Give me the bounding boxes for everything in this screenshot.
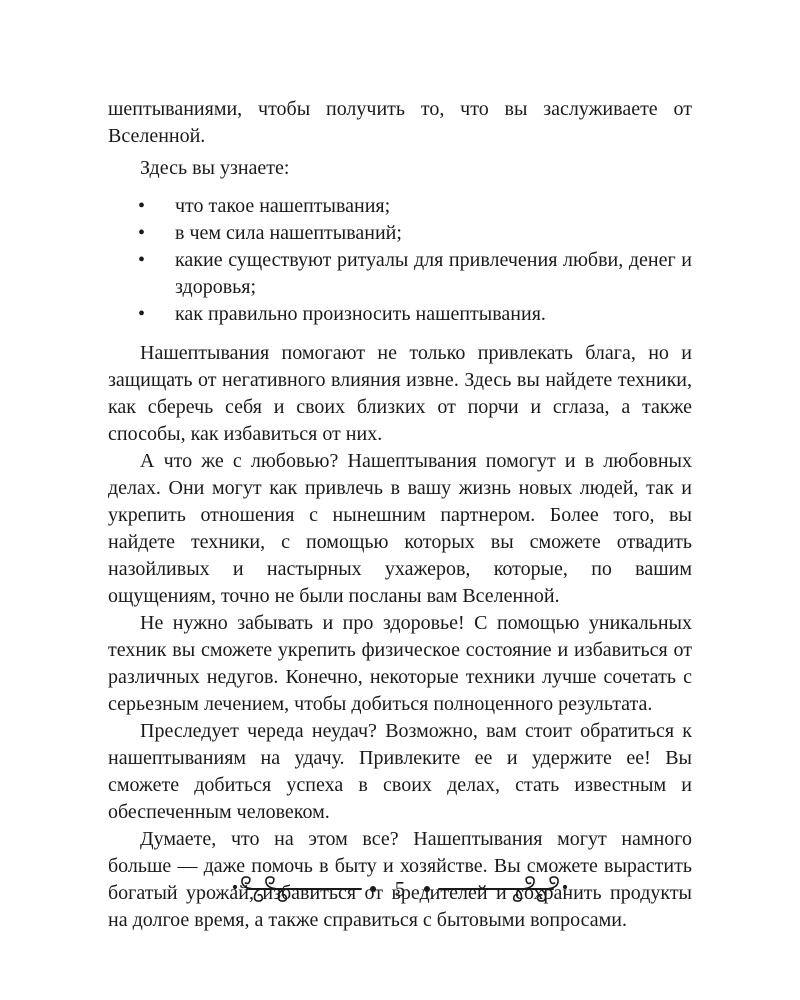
bullet-icon: • (138, 301, 145, 328)
list-item-text: какие существуют ритуалы для привлечения… (175, 249, 692, 298)
list-item: • какие существуют ритуалы для привлечен… (108, 247, 692, 301)
list-item: • в чем сила нашептываний; (108, 220, 692, 247)
list-item-text: что такое нашептывания; (175, 195, 390, 217)
paragraph: А что же с любовью? Нашептывания помогут… (108, 448, 692, 610)
bullet-icon: • (138, 220, 145, 247)
list-item: • что такое нашептывания; (108, 193, 692, 220)
page-footer: 5 (0, 872, 800, 906)
intro-line: Здесь вы узнаете: (108, 155, 692, 182)
text-block: шептываниями, чтобы получить то, что вы … (108, 96, 692, 934)
paragraph: Нашептывания помогают не только привлека… (108, 340, 692, 448)
paragraph: Преследует череда неудач? Возможно, вам … (108, 718, 692, 826)
bullet-icon: • (138, 193, 145, 220)
bullet-icon: • (138, 247, 145, 274)
book-page: шептываниями, чтобы получить то, что вы … (0, 0, 800, 1000)
list-item-text: как правильно произносить нашептывания. (175, 303, 546, 325)
list-item-text: в чем сила нашептываний; (175, 222, 402, 244)
bullet-list: • что такое нашептывания; • в чем сила н… (108, 193, 692, 328)
paragraph-opening-continuation: шептываниями, чтобы получить то, что вы … (108, 96, 692, 150)
paragraph: Не нужно забывать и про здоровье! С помо… (108, 610, 692, 718)
flourish-left-icon (231, 872, 379, 906)
flourish-right-icon (421, 872, 569, 906)
list-item: • как правильно произносить нашептывания… (108, 301, 692, 328)
page-number: 5 (395, 875, 406, 903)
